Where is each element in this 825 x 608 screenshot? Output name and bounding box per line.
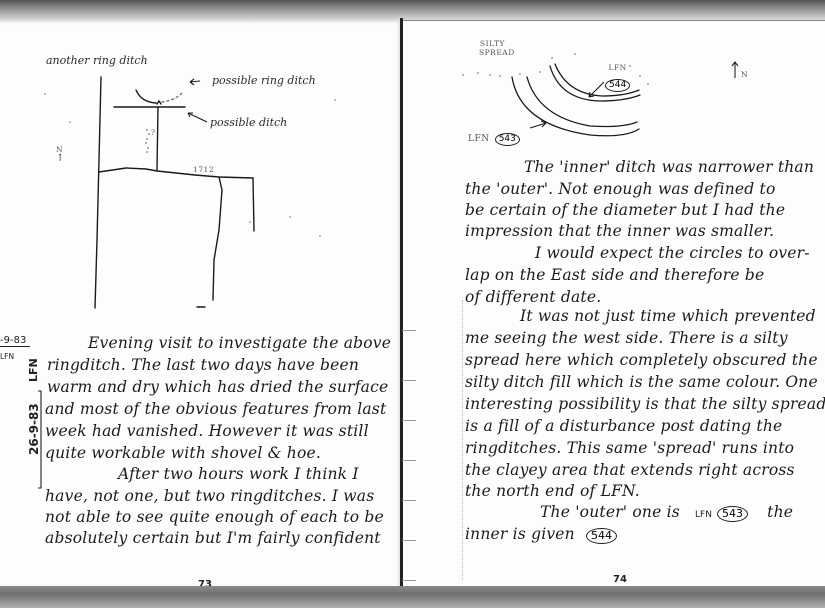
context-number-543: 543 bbox=[495, 133, 520, 146]
text-line: absolutely certain but I'm fairly confid… bbox=[45, 529, 381, 547]
scan-bottom-edge bbox=[0, 586, 825, 608]
label-feature-code: 1712 bbox=[193, 165, 214, 174]
text-line: the 'outer'. Not enough was defined to bbox=[465, 180, 776, 198]
ruling-tick bbox=[402, 330, 416, 331]
margin-site-vertical: LFN bbox=[27, 358, 40, 382]
ring-ditch-sketch bbox=[0, 0, 825, 160]
label-spread: SPREAD bbox=[479, 48, 515, 57]
text-line: and most of the obvious features from la… bbox=[45, 400, 386, 418]
page-number-right: 74 bbox=[613, 574, 627, 585]
text-line: be certain of the diameter but I had the bbox=[465, 201, 785, 219]
text-line: spread here which completely obscured th… bbox=[465, 351, 818, 369]
ruling-tick bbox=[402, 380, 416, 381]
text-line: have, not one, but two ringditches. I wa… bbox=[45, 487, 374, 505]
ruling-tick bbox=[402, 500, 416, 501]
text-line: Evening visit to investigate the above bbox=[88, 334, 391, 352]
ruling-tick bbox=[402, 580, 416, 581]
label-lfn-544: LFN 544 bbox=[605, 64, 630, 92]
text-fragment: the bbox=[767, 503, 793, 521]
text-line: silty ditch fill which is the same colou… bbox=[465, 373, 818, 391]
text-line: the clayey area that extends right acros… bbox=[465, 461, 795, 479]
text-line: impression that the inner was smaller. bbox=[465, 222, 774, 240]
label-lfn-543: LFN 543 bbox=[468, 126, 520, 146]
context-number-544: 544 bbox=[605, 79, 630, 92]
text-line: warm and dry which has dried the surface bbox=[47, 378, 388, 396]
label-north-right: N bbox=[741, 70, 748, 79]
closing-line-outer: The 'outer' one is LFN 543 the bbox=[540, 502, 793, 522]
text-line: ringditches. This same 'spread' runs int… bbox=[465, 439, 794, 457]
label-site: LFN bbox=[468, 134, 490, 144]
text-line: It was not just time which prevented bbox=[520, 307, 816, 325]
text-line: The 'inner' ditch was narrower than bbox=[524, 158, 814, 176]
ruling-tick bbox=[402, 540, 416, 541]
text-line: me seeing the west side. There is a silt… bbox=[465, 329, 788, 347]
text-fragment: inner is given bbox=[465, 525, 575, 543]
text-line: After two hours work I think I bbox=[118, 465, 359, 483]
text-line: lap on the East side and therefore be bbox=[465, 266, 764, 284]
text-line: quite workable with shovel & hoe. bbox=[45, 444, 321, 462]
margin-site-top: LFN bbox=[0, 352, 14, 361]
text-line: is a fill of a disturbance post dating t… bbox=[465, 417, 782, 435]
text-line: not able to see quite enough of each to … bbox=[45, 508, 384, 526]
text-line: ringditch. The last two days have been bbox=[47, 356, 359, 374]
text-line: interesting possibility is that the silt… bbox=[465, 395, 825, 413]
north-arrow-right-icon bbox=[732, 62, 738, 78]
text-line: the north end of LFN. bbox=[465, 482, 640, 500]
ruling-tick bbox=[402, 460, 416, 461]
margin-line-right bbox=[462, 300, 463, 580]
context-number-543-text: 543 bbox=[717, 506, 748, 522]
text-line: week had vanished. However it was still bbox=[45, 422, 369, 440]
site-code: LFN bbox=[695, 510, 712, 520]
ruling-tick bbox=[402, 420, 416, 421]
text-line: of different date. bbox=[465, 288, 601, 306]
label-site: LFN bbox=[605, 64, 630, 72]
closing-line-inner: inner is given 544 bbox=[465, 524, 617, 544]
margin-date-top: -9-83 bbox=[0, 335, 30, 347]
text-line: I would expect the circles to over- bbox=[535, 244, 810, 262]
notebook-scan: another ring ditch possible ring ditch p… bbox=[0, 0, 825, 608]
label-silty-spread: SILTY SPREAD bbox=[480, 39, 515, 57]
text-fragment: The 'outer' one is bbox=[540, 503, 680, 521]
context-number-544-text: 544 bbox=[586, 528, 617, 544]
label-silty: SILTY bbox=[480, 39, 515, 48]
